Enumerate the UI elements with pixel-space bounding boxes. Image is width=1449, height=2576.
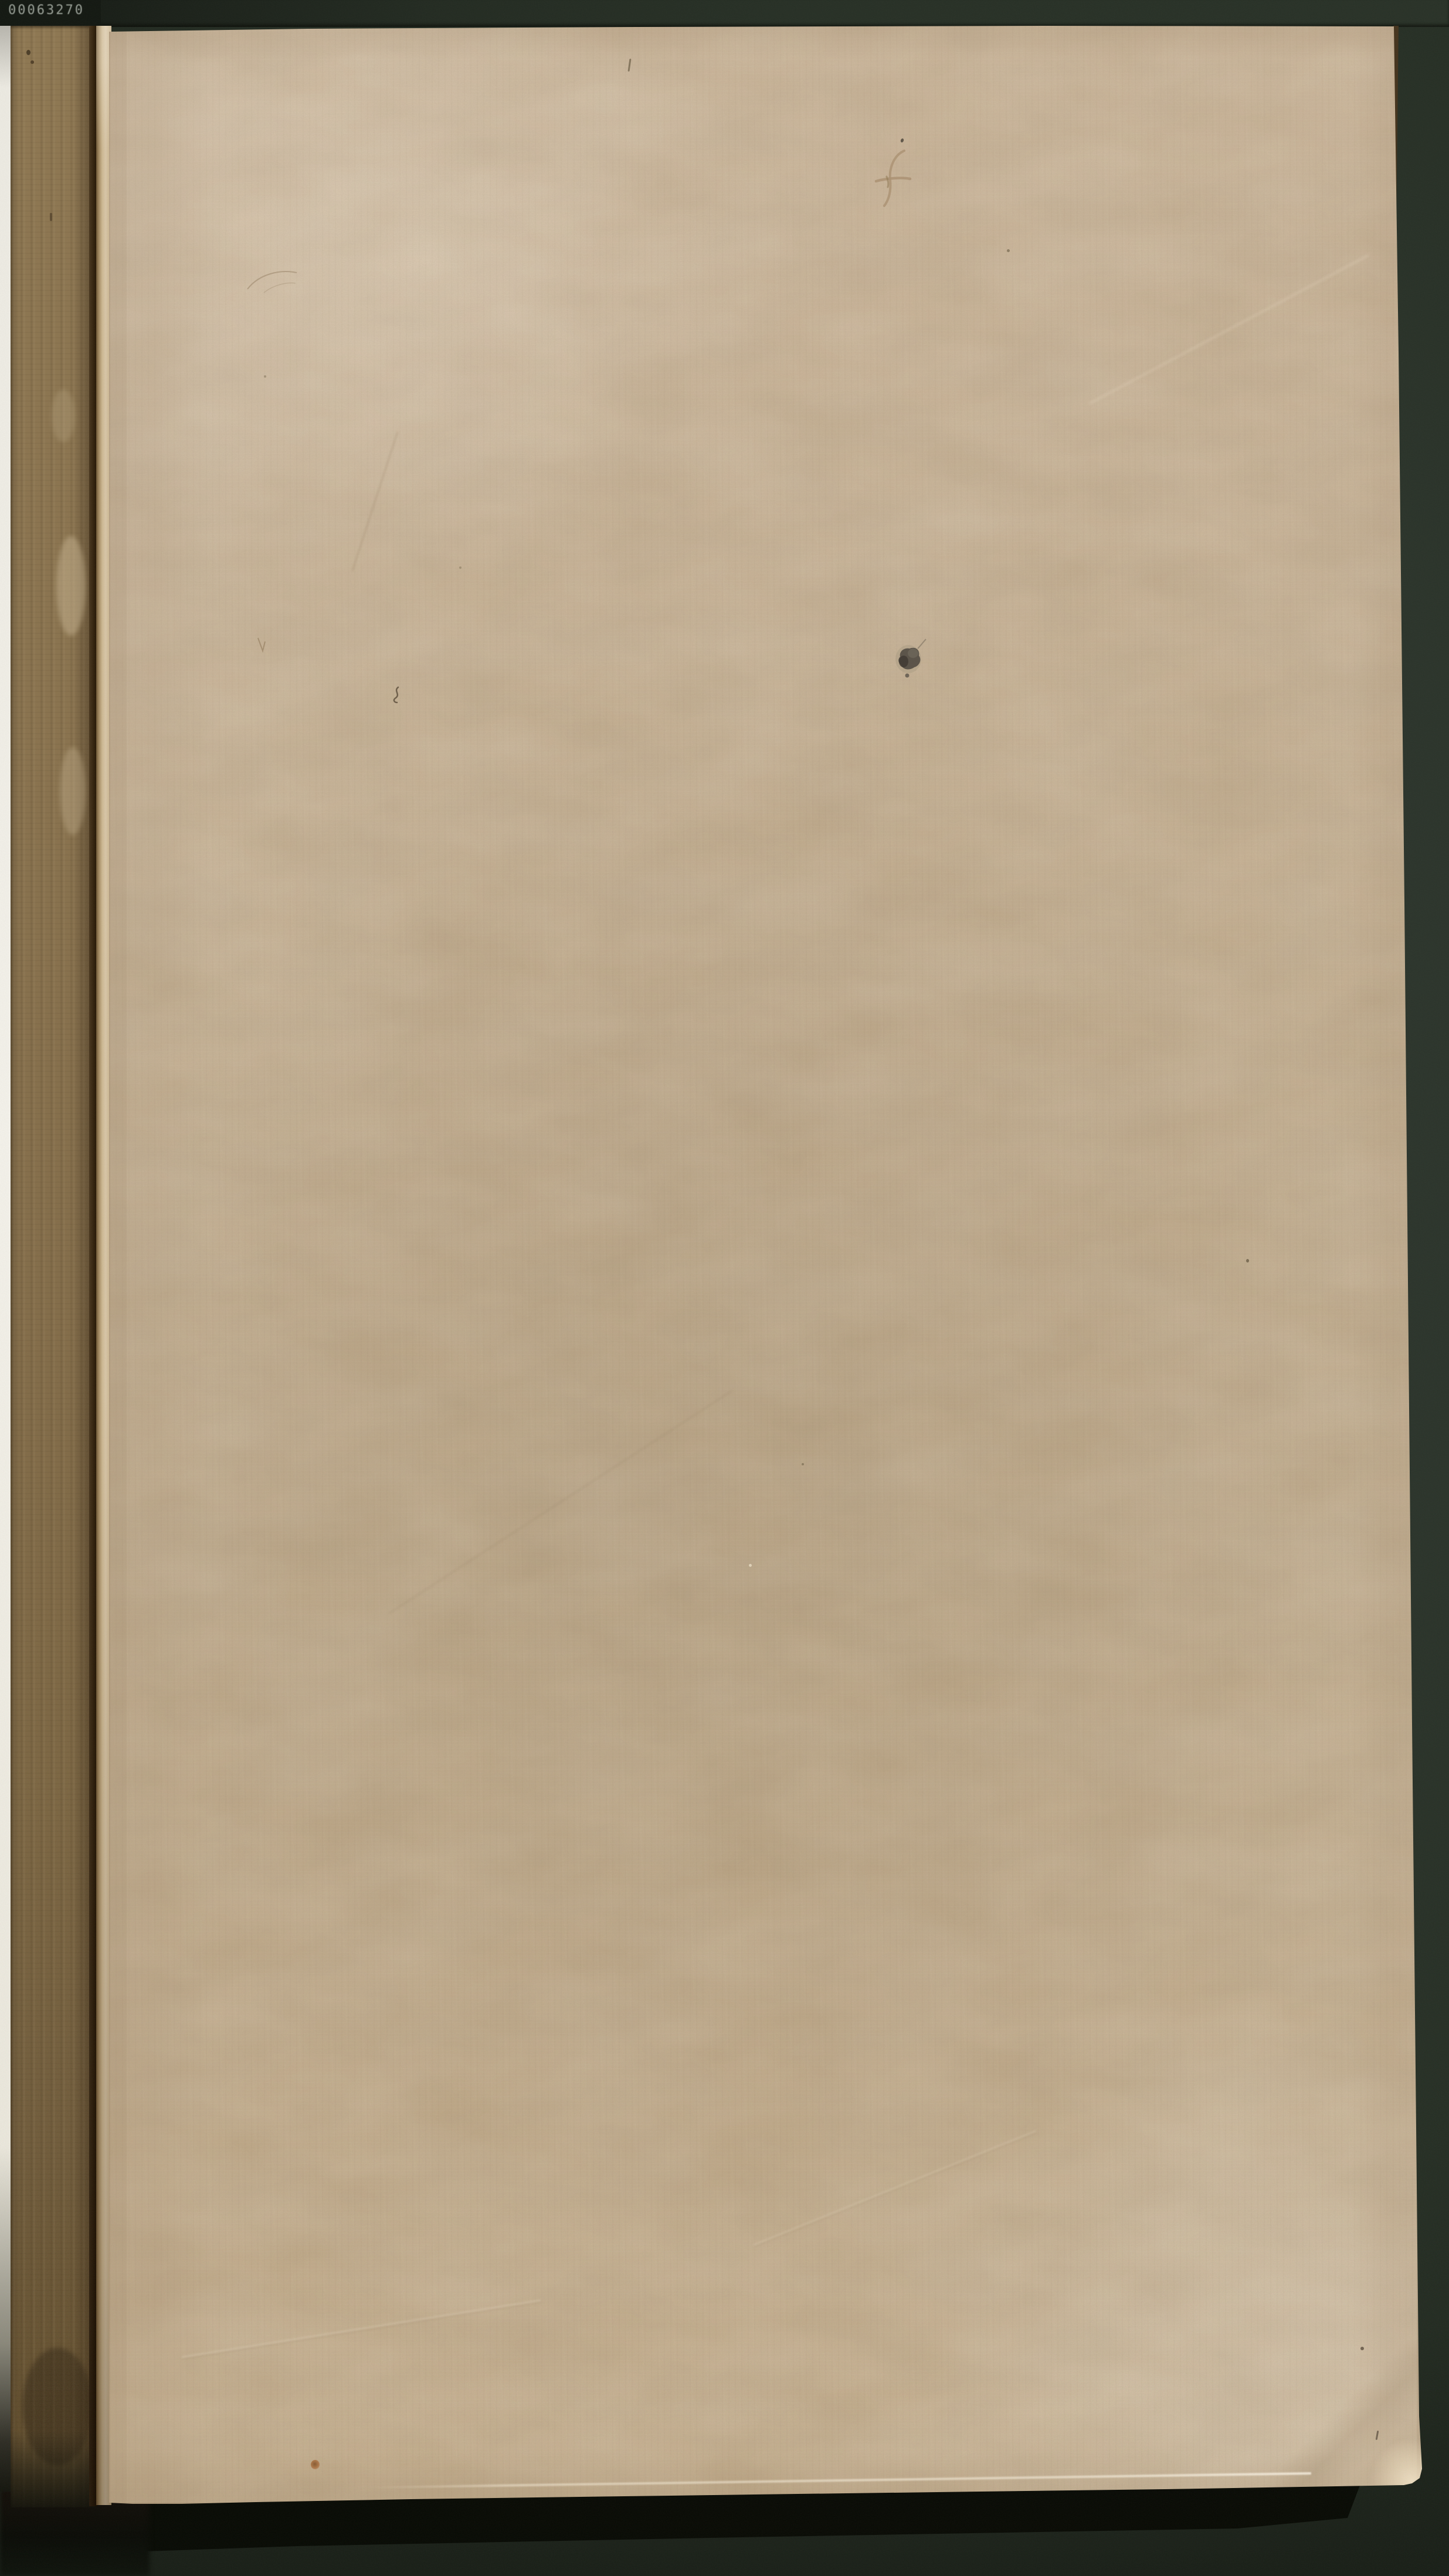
paper-speck (459, 566, 461, 569)
paper-speck (1246, 1259, 1249, 1262)
top-backing-band (0, 0, 1449, 27)
rust-foxing-spot (311, 2460, 320, 2469)
paper-fleck-light (749, 1564, 752, 1567)
spine-scuff (56, 536, 86, 636)
paper-speck (1360, 2347, 1364, 2350)
paper-speck (802, 1463, 804, 1465)
paper-fiber (391, 686, 403, 704)
pencil-cross-mark (871, 144, 924, 214)
paper-fiber (257, 637, 271, 654)
spine-scuff (60, 747, 86, 835)
spine-speck (30, 60, 34, 64)
scan-image: 00063270 (0, 0, 1449, 2576)
spine-speck (26, 50, 30, 55)
ink-blot-mark (892, 640, 927, 681)
page-corner-curl (1370, 2438, 1423, 2492)
paper-speck (1007, 249, 1010, 252)
scan-id-label: 00063270 (8, 3, 84, 18)
paper-speck (264, 375, 266, 378)
book-spine (11, 26, 96, 2507)
spine-fiber (50, 213, 52, 221)
scan-id-block: 00063270 (0, 0, 101, 26)
scan-left-edge (0, 26, 11, 2492)
spine-grain-texture (11, 26, 96, 2507)
spine-bottom-fade (11, 2431, 96, 2507)
spine-scuff (52, 389, 75, 442)
book-page (109, 23, 1423, 2505)
paper-scratch (246, 267, 299, 296)
page-edge-shading (109, 23, 1423, 2505)
